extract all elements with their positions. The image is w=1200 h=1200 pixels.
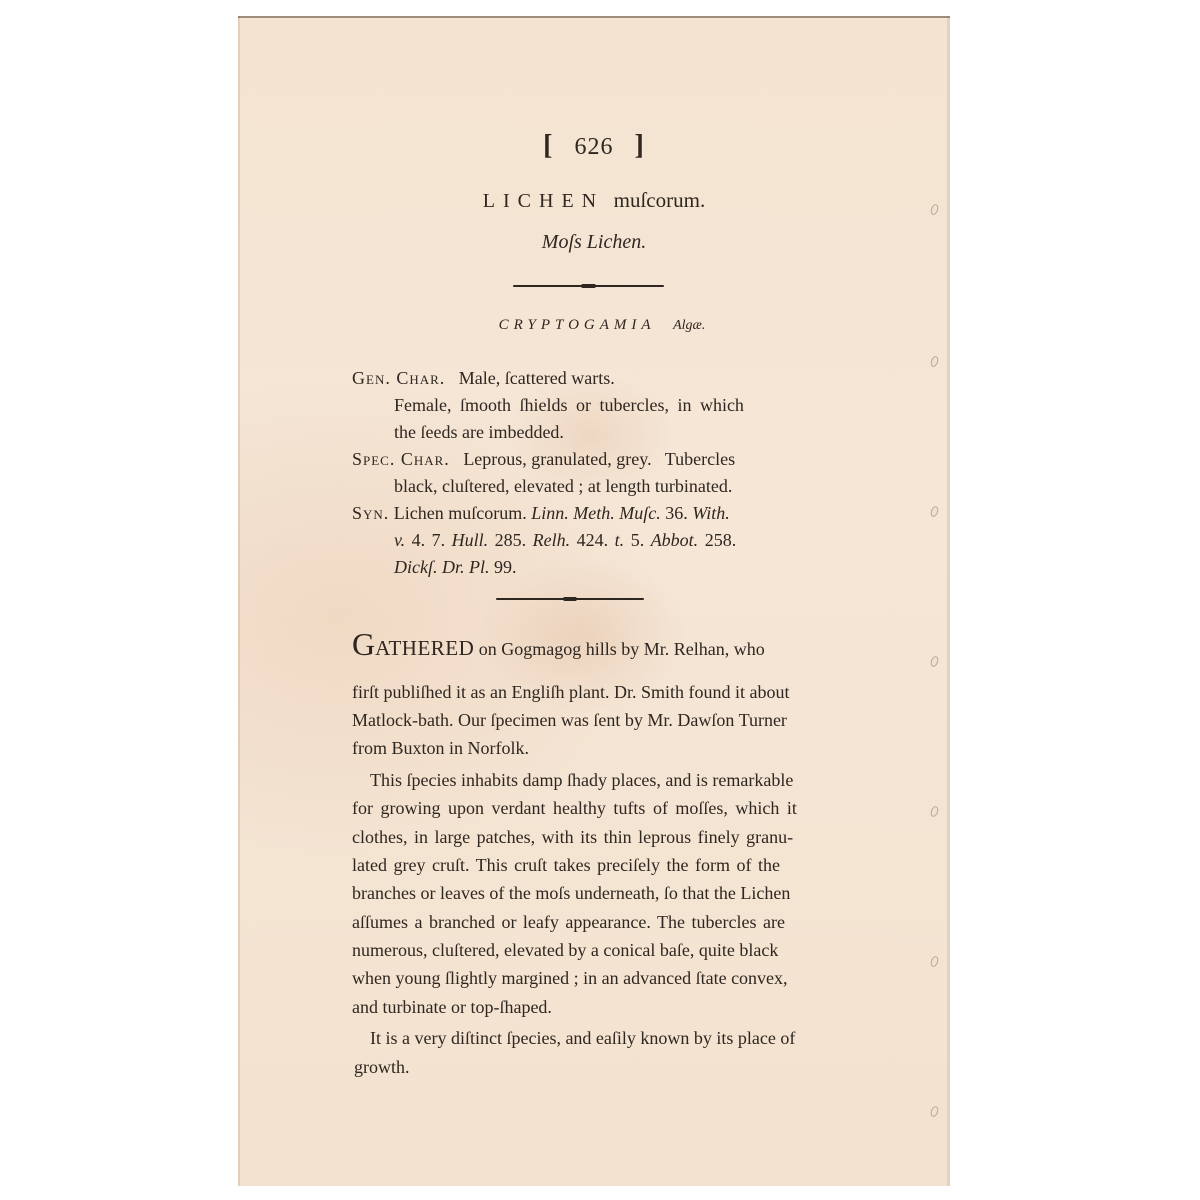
syn-citation: Dickſ. Dr. Pl. xyxy=(394,557,489,577)
page-title: LICHEN muſcorum. xyxy=(238,190,950,211)
paragraph-line: and turbinate or top-ſhaped. xyxy=(352,998,552,1016)
stitch-hole xyxy=(929,355,939,368)
page-number: [ 626 ] xyxy=(238,132,950,160)
synonymy-line: Dickſ. Dr. Pl. 99. xyxy=(394,558,516,576)
paragraph-line: branches or leaves of the moſs underneat… xyxy=(352,884,790,902)
gen-char-line: Male, ſcattered warts. xyxy=(459,368,615,388)
stitch-hole xyxy=(929,805,939,818)
spec-char-label: Spec. Char. xyxy=(352,449,450,469)
syn-number: 99. xyxy=(494,557,517,577)
gen-char-line: Female, ſmooth ſhields or tubercles, in … xyxy=(394,396,744,414)
species-name: muſcorum. xyxy=(614,188,706,212)
specific-character: Spec. Char. Leprous, granulated, grey. T… xyxy=(352,450,735,468)
paragraph-line: when young ſlightly margined ; in an adv… xyxy=(352,969,788,987)
paragraph-line: It is a very diſtinct ſpecies, and eaſil… xyxy=(370,1029,795,1047)
drop-cap: G xyxy=(352,626,375,662)
bracket-close: ] xyxy=(635,130,645,161)
spec-char-line: black, cluſtered, elevated ; at length t… xyxy=(394,477,732,495)
generic-character: Gen. Char. Male, ſcattered warts. xyxy=(352,369,615,387)
genus-name: LICHEN xyxy=(483,190,604,212)
common-name: Moſs Lichen. xyxy=(238,232,950,252)
paragraph-text: on Gogmagog hills by Mr. Relhan, who xyxy=(474,639,765,659)
divider-rule xyxy=(496,598,644,600)
syn-number: 424. xyxy=(577,530,609,550)
stitch-hole xyxy=(929,955,939,968)
classification: CRYPTOGAMIA Algæ. xyxy=(238,318,958,333)
paragraph-line: numerous, cluſtered, elevated by a conic… xyxy=(352,941,778,959)
bracket-open: [ xyxy=(543,130,553,161)
paragraph-line: lated grey cruſt. This cruſt takes preci… xyxy=(352,856,780,874)
syn-number: 285. xyxy=(495,530,527,550)
stitch-hole xyxy=(929,505,939,518)
paragraph-line: from Buxton in Norfolk. xyxy=(352,739,529,757)
paragraph-first-line: GATHERED on Gogmagog hills by Mr. Relhan… xyxy=(352,628,765,660)
syn-number: 4. 7. xyxy=(412,530,446,550)
gen-char-label: Gen. Char. xyxy=(352,368,445,388)
spec-char-line: Leprous, granulated, grey. Tubercles xyxy=(463,449,735,469)
synonymy: Syn. Lichen muſcorum. Linn. Meth. Muſc. … xyxy=(352,504,730,522)
paragraph-line: clothes, in large patches, with its thin… xyxy=(352,828,793,846)
syn-citation: Abbot. xyxy=(651,530,699,550)
syn-citation: v. xyxy=(394,530,405,550)
syn-citation: t. xyxy=(615,530,625,550)
divider-rule xyxy=(513,285,664,287)
paragraph-line: This ſpecies inhabits damp ſhady places,… xyxy=(370,771,793,789)
syn-number: 5. xyxy=(631,530,645,550)
syn-citation: Linn. Meth. Muſc. xyxy=(531,503,660,523)
stitch-hole xyxy=(929,655,939,668)
syn-number: 36. xyxy=(665,503,688,523)
order-name: Algæ. xyxy=(673,318,705,333)
gen-char-line: the ſeeds are imbedded. xyxy=(394,423,564,441)
paragraph-line: growth. xyxy=(354,1058,410,1076)
paragraph-line: for growing upon verdant healthy tufts o… xyxy=(352,799,797,817)
syn-citation: Relh. xyxy=(533,530,571,550)
syn-citation: Hull. xyxy=(452,530,489,550)
syn-text: Lichen muſcorum. xyxy=(394,503,527,523)
syn-citation: With. xyxy=(692,503,730,523)
class-name: CRYPTOGAMIA xyxy=(499,317,656,333)
syn-number: 258. xyxy=(705,530,737,550)
synonymy-line: v. 4. 7. Hull. 285. Relh. 424. t. 5. Abb… xyxy=(394,531,736,549)
lead-caps: ATHERED xyxy=(375,636,474,660)
folio-number: 626 xyxy=(575,134,614,160)
paragraph-line: firſt publiſhed it as an Engliſh plant. … xyxy=(352,683,789,701)
paragraph-line: aſſumes a branched or leafy appearance. … xyxy=(352,913,785,931)
paragraph-line: Matlock-bath. Our ſpecimen was ſent by M… xyxy=(352,711,787,729)
syn-label: Syn. xyxy=(352,503,389,523)
stitch-hole xyxy=(929,1105,939,1118)
book-page: [ 626 ] LICHEN muſcorum. Moſs Lichen. CR… xyxy=(238,16,950,1186)
